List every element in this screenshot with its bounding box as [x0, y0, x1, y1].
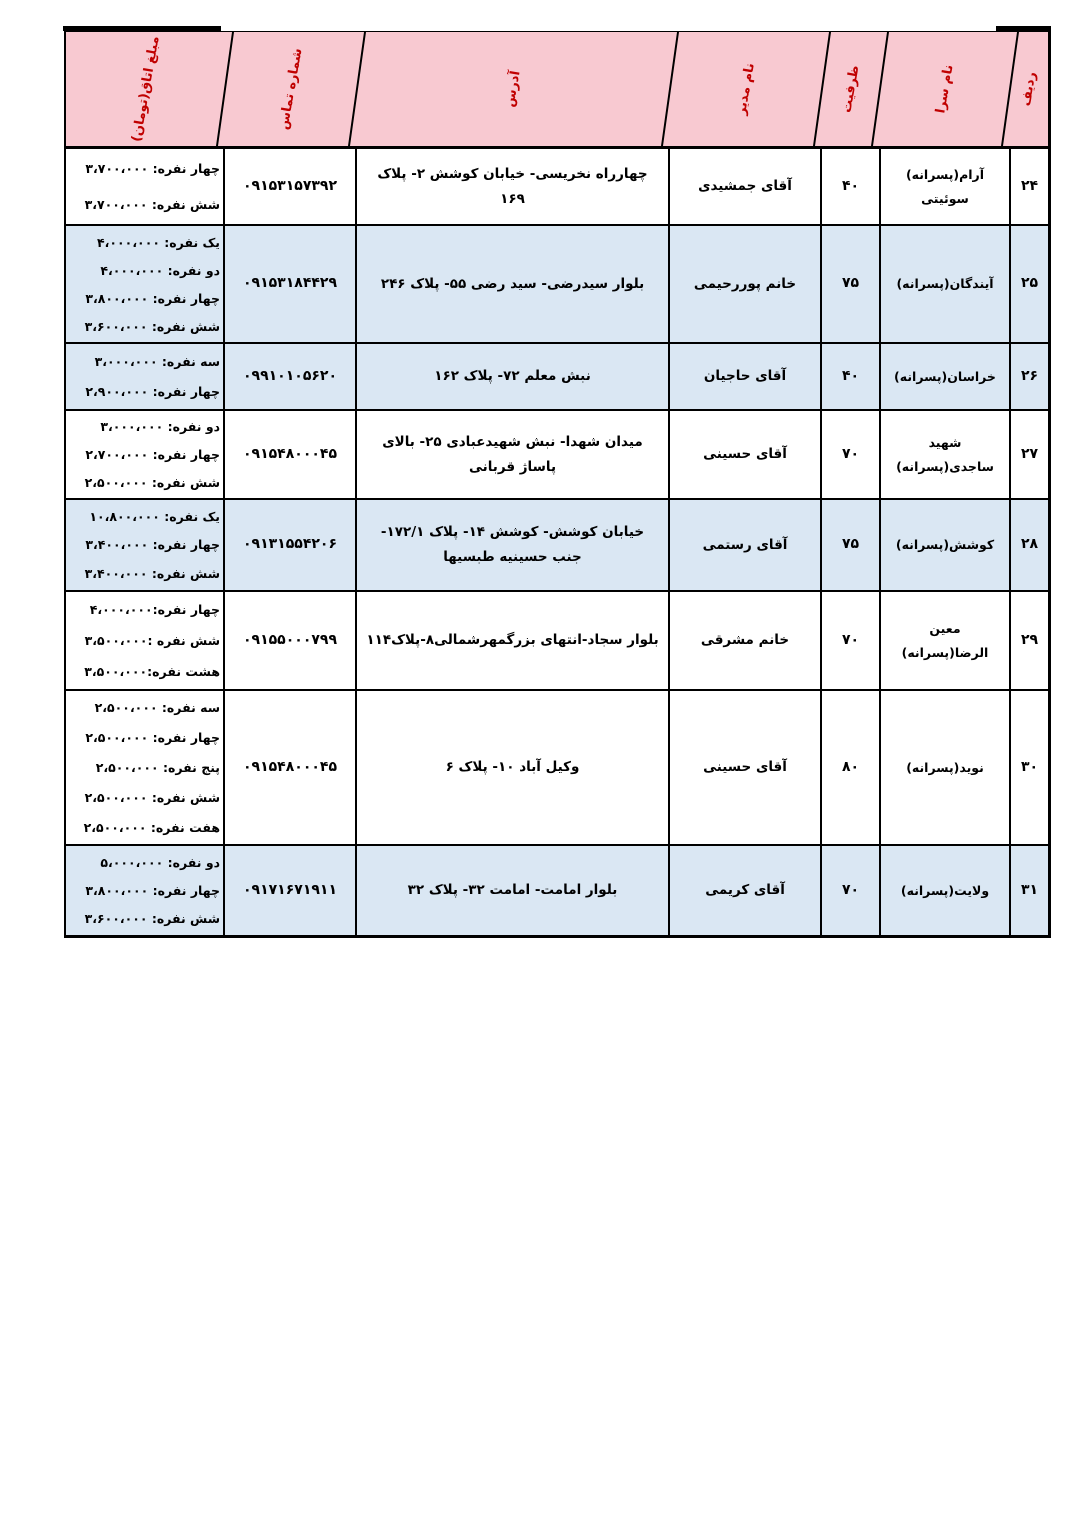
row-number-cell: ۲۶	[1009, 344, 1048, 409]
table-row: ۳۰ نوید(پسرانه) ۸۰ آقای حسینی وکیل آباد …	[66, 689, 1048, 844]
table-header-row: ردیف نام سرا ظرفیت نام مدیر آدرس شماره ت…	[66, 32, 1048, 149]
manager-cell: خانم مشرقی	[668, 592, 820, 689]
capacity-cell: ۷۰	[820, 846, 879, 935]
capacity-cell: ۷۰	[820, 592, 879, 689]
header-col-capacity: ظرفیت	[839, 64, 862, 114]
phone-cell: ۰۹۱۵۵۰۰۰۷۹۹	[223, 592, 355, 689]
price-line: شش نفره: ۳،۶۰۰،۰۰۰	[70, 911, 220, 926]
address-cell: بلوار امامت- امامت ۳۲- پلاک ۳۲	[355, 846, 668, 935]
header-separator-line	[870, 32, 889, 149]
price-line: چهار نفره: ۳،۸۰۰،۰۰۰	[70, 291, 220, 306]
dorm-name-line: خراسان(پسرانه)	[894, 365, 996, 388]
phone-cell: ۰۹۱۵۴۸۰۰۰۴۵	[223, 411, 355, 498]
row-number-cell: ۲۹	[1009, 592, 1048, 689]
room-prices-cell: سه نفره: ۲،۵۰۰،۰۰۰ چهار نفره: ۲،۵۰۰،۰۰۰ …	[67, 691, 223, 844]
capacity-cell: ۴۰	[820, 149, 879, 224]
phone-cell: ۰۹۱۵۳۱۵۷۳۹۲	[223, 149, 355, 224]
manager-cell: آقای حسینی	[668, 691, 820, 844]
price-line: شش نفره: ۲،۵۰۰،۰۰۰	[70, 790, 220, 805]
capacity-cell: ۷۰	[820, 411, 879, 498]
dorm-name-cell: آرام(پسرانه) سوئیتی	[879, 149, 1009, 224]
table-row: ۲۸ کوشش(پسرانه) ۷۵ آقای رستمی خیابان کوش…	[66, 498, 1048, 590]
header-col-phone: شماره تماس	[276, 47, 305, 131]
dorm-name-line: آیندگان(پسرانه)	[896, 272, 993, 295]
table-row: ۲۹ معین الرضا(پسرانه) ۷۰ خانم مشرقی بلوا…	[66, 590, 1048, 689]
table-row: ۳۱ ولایت(پسرانه) ۷۰ آقای کریمی بلوار اما…	[66, 844, 1048, 935]
address-cell: بلوار سیدرضی- سید رضی ۵۵- پلاک ۲۴۶	[355, 226, 668, 342]
row-number-cell: ۲۸	[1009, 500, 1048, 590]
manager-cell: خانم پوررحیمی	[668, 226, 820, 342]
price-line: سه نفره: ۳،۰۰۰،۰۰۰	[70, 354, 220, 369]
dorm-name-cell: شهید ساجدی(پسرانه)	[879, 411, 1009, 498]
header-separator-line	[1000, 32, 1019, 149]
price-line: سه نفره: ۲،۵۰۰،۰۰۰	[70, 700, 220, 715]
address-cell: نبش معلم ۷۲- پلاک ۱۶۲	[355, 344, 668, 409]
dorm-name-line: ولایت(پسرانه)	[901, 879, 989, 902]
address-cell: چهارراه نخریسی- خیابان کوشش ۲- پلاک ۱۶۹	[355, 149, 668, 224]
row-number-cell: ۲۵	[1009, 226, 1048, 342]
header-col-dorm-name: نام سرا	[933, 63, 956, 114]
table-row: ۲۶ خراسان(پسرانه) ۴۰ آقای حاجیان نبش معل…	[66, 342, 1048, 409]
header-col-manager: نام مدیر	[734, 62, 758, 116]
row-number-cell: ۲۴	[1009, 149, 1048, 224]
price-line: دو نفره: ۳،۰۰۰،۰۰۰	[70, 419, 220, 434]
price-line: دو نفره: ۴،۰۰۰،۰۰۰	[70, 263, 220, 278]
address-cell: خیابان کوشش- کوشش ۱۴- پلاک ۱۷۲/۱- جنب حس…	[355, 500, 668, 590]
dorm-name-cell: نوید(پسرانه)	[879, 691, 1009, 844]
dorm-name-cell: ولایت(پسرانه)	[879, 846, 1009, 935]
address-cell: میدان شهدا- نبش شهیدعبادی ۲۵- بالای پاسا…	[355, 411, 668, 498]
price-line: شش نفره: ۲،۵۰۰،۰۰۰	[70, 475, 220, 490]
phone-cell: ۰۹۱۵۳۱۸۴۴۲۹	[223, 226, 355, 342]
price-line: شش نفره :۳،۵۰۰،۰۰۰	[70, 633, 220, 648]
price-line: یک نفره: ۴،۰۰۰،۰۰۰	[70, 235, 220, 250]
price-line: چهار نفره:۴،۰۰۰،۰۰۰	[70, 602, 220, 617]
price-line: چهار نفره: ۳،۸۰۰،۰۰۰	[70, 883, 220, 898]
phone-cell: ۰۹۱۳۱۵۵۴۲۰۶	[223, 500, 355, 590]
table-row: ۲۷ شهید ساجدی(پسرانه) ۷۰ آقای حسینی میدا…	[66, 409, 1048, 498]
row-number-cell: ۳۱	[1009, 846, 1048, 935]
price-line: شش نفره: ۳،۶۰۰،۰۰۰	[70, 319, 220, 334]
price-line: هفت نفره: ۲،۵۰۰،۰۰۰	[70, 820, 220, 835]
table-row: ۲۴ آرام(پسرانه) سوئیتی ۴۰ آقای جمشیدی چه…	[66, 149, 1048, 224]
manager-cell: آقای حسینی	[668, 411, 820, 498]
header-col-price: مبلغ اتاق(تومان)	[129, 35, 162, 143]
capacity-cell: ۴۰	[820, 344, 879, 409]
price-line: شش نفره: ۳،۴۰۰،۰۰۰	[70, 566, 220, 581]
header-separator-line	[660, 32, 679, 149]
dorm-name-line: نوید(پسرانه)	[906, 756, 984, 779]
dorm-name-line: آرام(پسرانه) سوئیتی	[884, 163, 1006, 209]
room-prices-cell: یک نفره: ۱۰،۸۰۰،۰۰۰ چهار نفره: ۳،۴۰۰،۰۰۰…	[67, 500, 223, 590]
room-prices-cell: دو نفره: ۳،۰۰۰،۰۰۰ چهار نفره: ۲،۷۰۰،۰۰۰ …	[67, 411, 223, 498]
dorm-name-line: کوشش(پسرانه)	[896, 533, 994, 556]
room-prices-cell: دو نفره: ۵،۰۰۰،۰۰۰ چهار نفره: ۳،۸۰۰،۰۰۰ …	[67, 846, 223, 935]
dorm-name-line: معین الرضا(پسرانه)	[884, 617, 1006, 663]
dorm-name-cell: کوشش(پسرانه)	[879, 500, 1009, 590]
phone-cell: ۰۹۹۱۰۱۰۵۶۲۰	[223, 344, 355, 409]
capacity-cell: ۸۰	[820, 691, 879, 844]
price-line: پنج نفره: ۲،۵۰۰،۰۰۰	[70, 760, 220, 775]
price-line: چهار نفره: ۳،۴۰۰،۰۰۰	[70, 537, 220, 552]
manager-cell: آقای کریمی	[668, 846, 820, 935]
header-separator-line	[347, 32, 366, 149]
room-prices-cell: چهار نفره: ۳،۷۰۰،۰۰۰ شش نفره: ۳،۷۰۰،۰۰۰	[67, 149, 223, 224]
dorm-name-line: شهید	[929, 431, 962, 454]
price-line: هشت نفره:۳،۵۰۰،۰۰۰	[70, 664, 220, 679]
price-line: چهار نفره: ۲،۷۰۰،۰۰۰	[70, 447, 220, 462]
address-cell: بلوار سجاد-انتهای بزرگمهرشمالی۸-پلاک۱۱۴	[355, 592, 668, 689]
header-col-row-number: ردیف	[1019, 71, 1040, 108]
price-line: دو نفره: ۵،۰۰۰،۰۰۰	[70, 855, 220, 870]
header-col-address: آدرس	[502, 70, 523, 109]
dorm-name-cell: آیندگان(پسرانه)	[879, 226, 1009, 342]
address-cell: وکیل آباد ۱۰- پلاک ۶	[355, 691, 668, 844]
phone-cell: ۰۹۱۷۱۶۷۱۹۱۱	[223, 846, 355, 935]
price-line: چهار نفره: ۲،۹۰۰،۰۰۰	[70, 384, 220, 399]
header-separator-line	[812, 32, 831, 149]
document-page: ردیف نام سرا ظرفیت نام مدیر آدرس شماره ت…	[0, 0, 1076, 1522]
capacity-cell: ۷۵	[820, 226, 879, 342]
manager-cell: آقای رستمی	[668, 500, 820, 590]
room-prices-cell: یک نفره: ۴،۰۰۰،۰۰۰ دو نفره: ۴،۰۰۰،۰۰۰ چه…	[67, 226, 223, 342]
price-line: چهار نفره: ۲،۵۰۰،۰۰۰	[70, 730, 220, 745]
dorm-name-line: ساجدی(پسرانه)	[896, 455, 994, 478]
row-number-cell: ۲۷	[1009, 411, 1048, 498]
manager-cell: آقای جمشیدی	[668, 149, 820, 224]
table-row: ۲۵ آیندگان(پسرانه) ۷۵ خانم پوررحیمی بلوا…	[66, 224, 1048, 342]
price-line: شش نفره: ۳،۷۰۰،۰۰۰	[70, 197, 220, 212]
row-number-cell: ۳۰	[1009, 691, 1048, 844]
dorm-name-cell: خراسان(پسرانه)	[879, 344, 1009, 409]
dormitory-table: ردیف نام سرا ظرفیت نام مدیر آدرس شماره ت…	[64, 31, 1051, 938]
header-separator-line	[215, 32, 234, 149]
room-prices-cell: سه نفره: ۳،۰۰۰،۰۰۰ چهار نفره: ۲،۹۰۰،۰۰۰	[67, 344, 223, 409]
price-line: چهار نفره: ۳،۷۰۰،۰۰۰	[70, 161, 220, 176]
room-prices-cell: چهار نفره:۴،۰۰۰،۰۰۰ شش نفره :۳،۵۰۰،۰۰۰ ه…	[67, 592, 223, 689]
price-line: یک نفره: ۱۰،۸۰۰،۰۰۰	[70, 509, 220, 524]
capacity-cell: ۷۵	[820, 500, 879, 590]
dorm-name-cell: معین الرضا(پسرانه)	[879, 592, 1009, 689]
phone-cell: ۰۹۱۵۴۸۰۰۰۴۵	[223, 691, 355, 844]
manager-cell: آقای حاجیان	[668, 344, 820, 409]
